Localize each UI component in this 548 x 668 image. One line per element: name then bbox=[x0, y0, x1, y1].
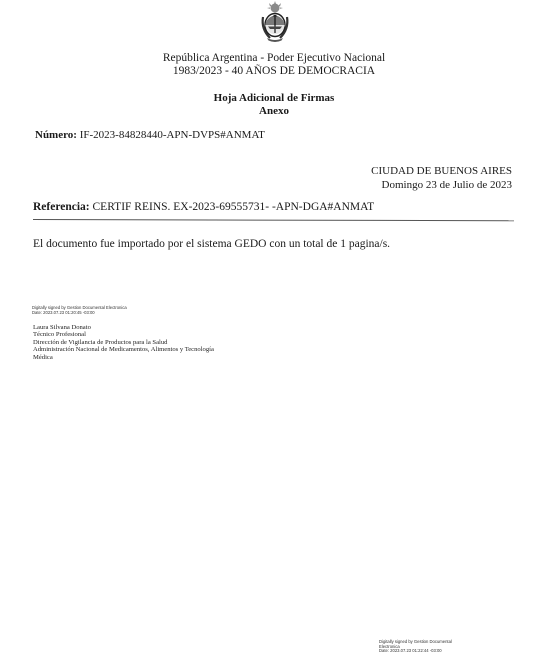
header-government: República Argentina - Poder Ejecutivo Na… bbox=[0, 52, 548, 65]
reference-value: CERTIF REINS. EX-2023-69555731- -APN-DGA… bbox=[93, 201, 375, 213]
signer-agency-cont: Médica bbox=[33, 354, 214, 361]
signer-name: Laura Silvana Donato bbox=[33, 324, 214, 331]
document-number-value: IF-2023-84828440-APN-DVPS#ANMAT bbox=[80, 129, 265, 141]
date: Domingo 23 de Julio de 2023 bbox=[371, 178, 512, 192]
city: CIUDAD DE BUENOS AIRES bbox=[371, 164, 512, 178]
body-text: El documento fue importado por el sistem… bbox=[33, 238, 390, 251]
signer-block: Laura Silvana Donato Técnico Profesional… bbox=[33, 324, 214, 361]
reference-label: Referencia: bbox=[33, 201, 90, 213]
signer-role: Técnico Profesional bbox=[33, 331, 214, 338]
header-anniversary: 1983/2023 - 40 AÑOS DE DEMOCRACIA bbox=[0, 65, 548, 78]
document-title: Hoja Adicional de Firmas bbox=[0, 92, 548, 105]
document-subtitle: Anexo bbox=[0, 105, 548, 118]
coat-of-arms-icon bbox=[258, 1, 292, 43]
signer-agency: Administración Nacional de Medicamentos,… bbox=[33, 346, 214, 353]
digital-signature-stamp-2: Digitally signed by Gestion Documental E… bbox=[379, 640, 452, 654]
signer-office: Dirección de Vigilancia de Productos par… bbox=[33, 339, 214, 346]
place-and-date: CIUDAD DE BUENOS AIRES Domingo 23 de Jul… bbox=[371, 164, 512, 192]
reference: Referencia: CERTIF REINS. EX-2023-695557… bbox=[33, 201, 374, 214]
digital-signature-stamp: Digitally signed by Gestion Documental E… bbox=[32, 306, 127, 315]
stamp-date: Date: 2023.07.23 01:20:45 -03:00 bbox=[32, 311, 127, 316]
document-number: Número: IF-2023-84828440-APN-DVPS#ANMAT bbox=[35, 129, 265, 142]
divider bbox=[33, 219, 514, 221]
document-number-label: Número: bbox=[35, 129, 77, 141]
stamp-date: Date: 2023.07.23 01:22:44 -03:00 bbox=[379, 649, 452, 654]
